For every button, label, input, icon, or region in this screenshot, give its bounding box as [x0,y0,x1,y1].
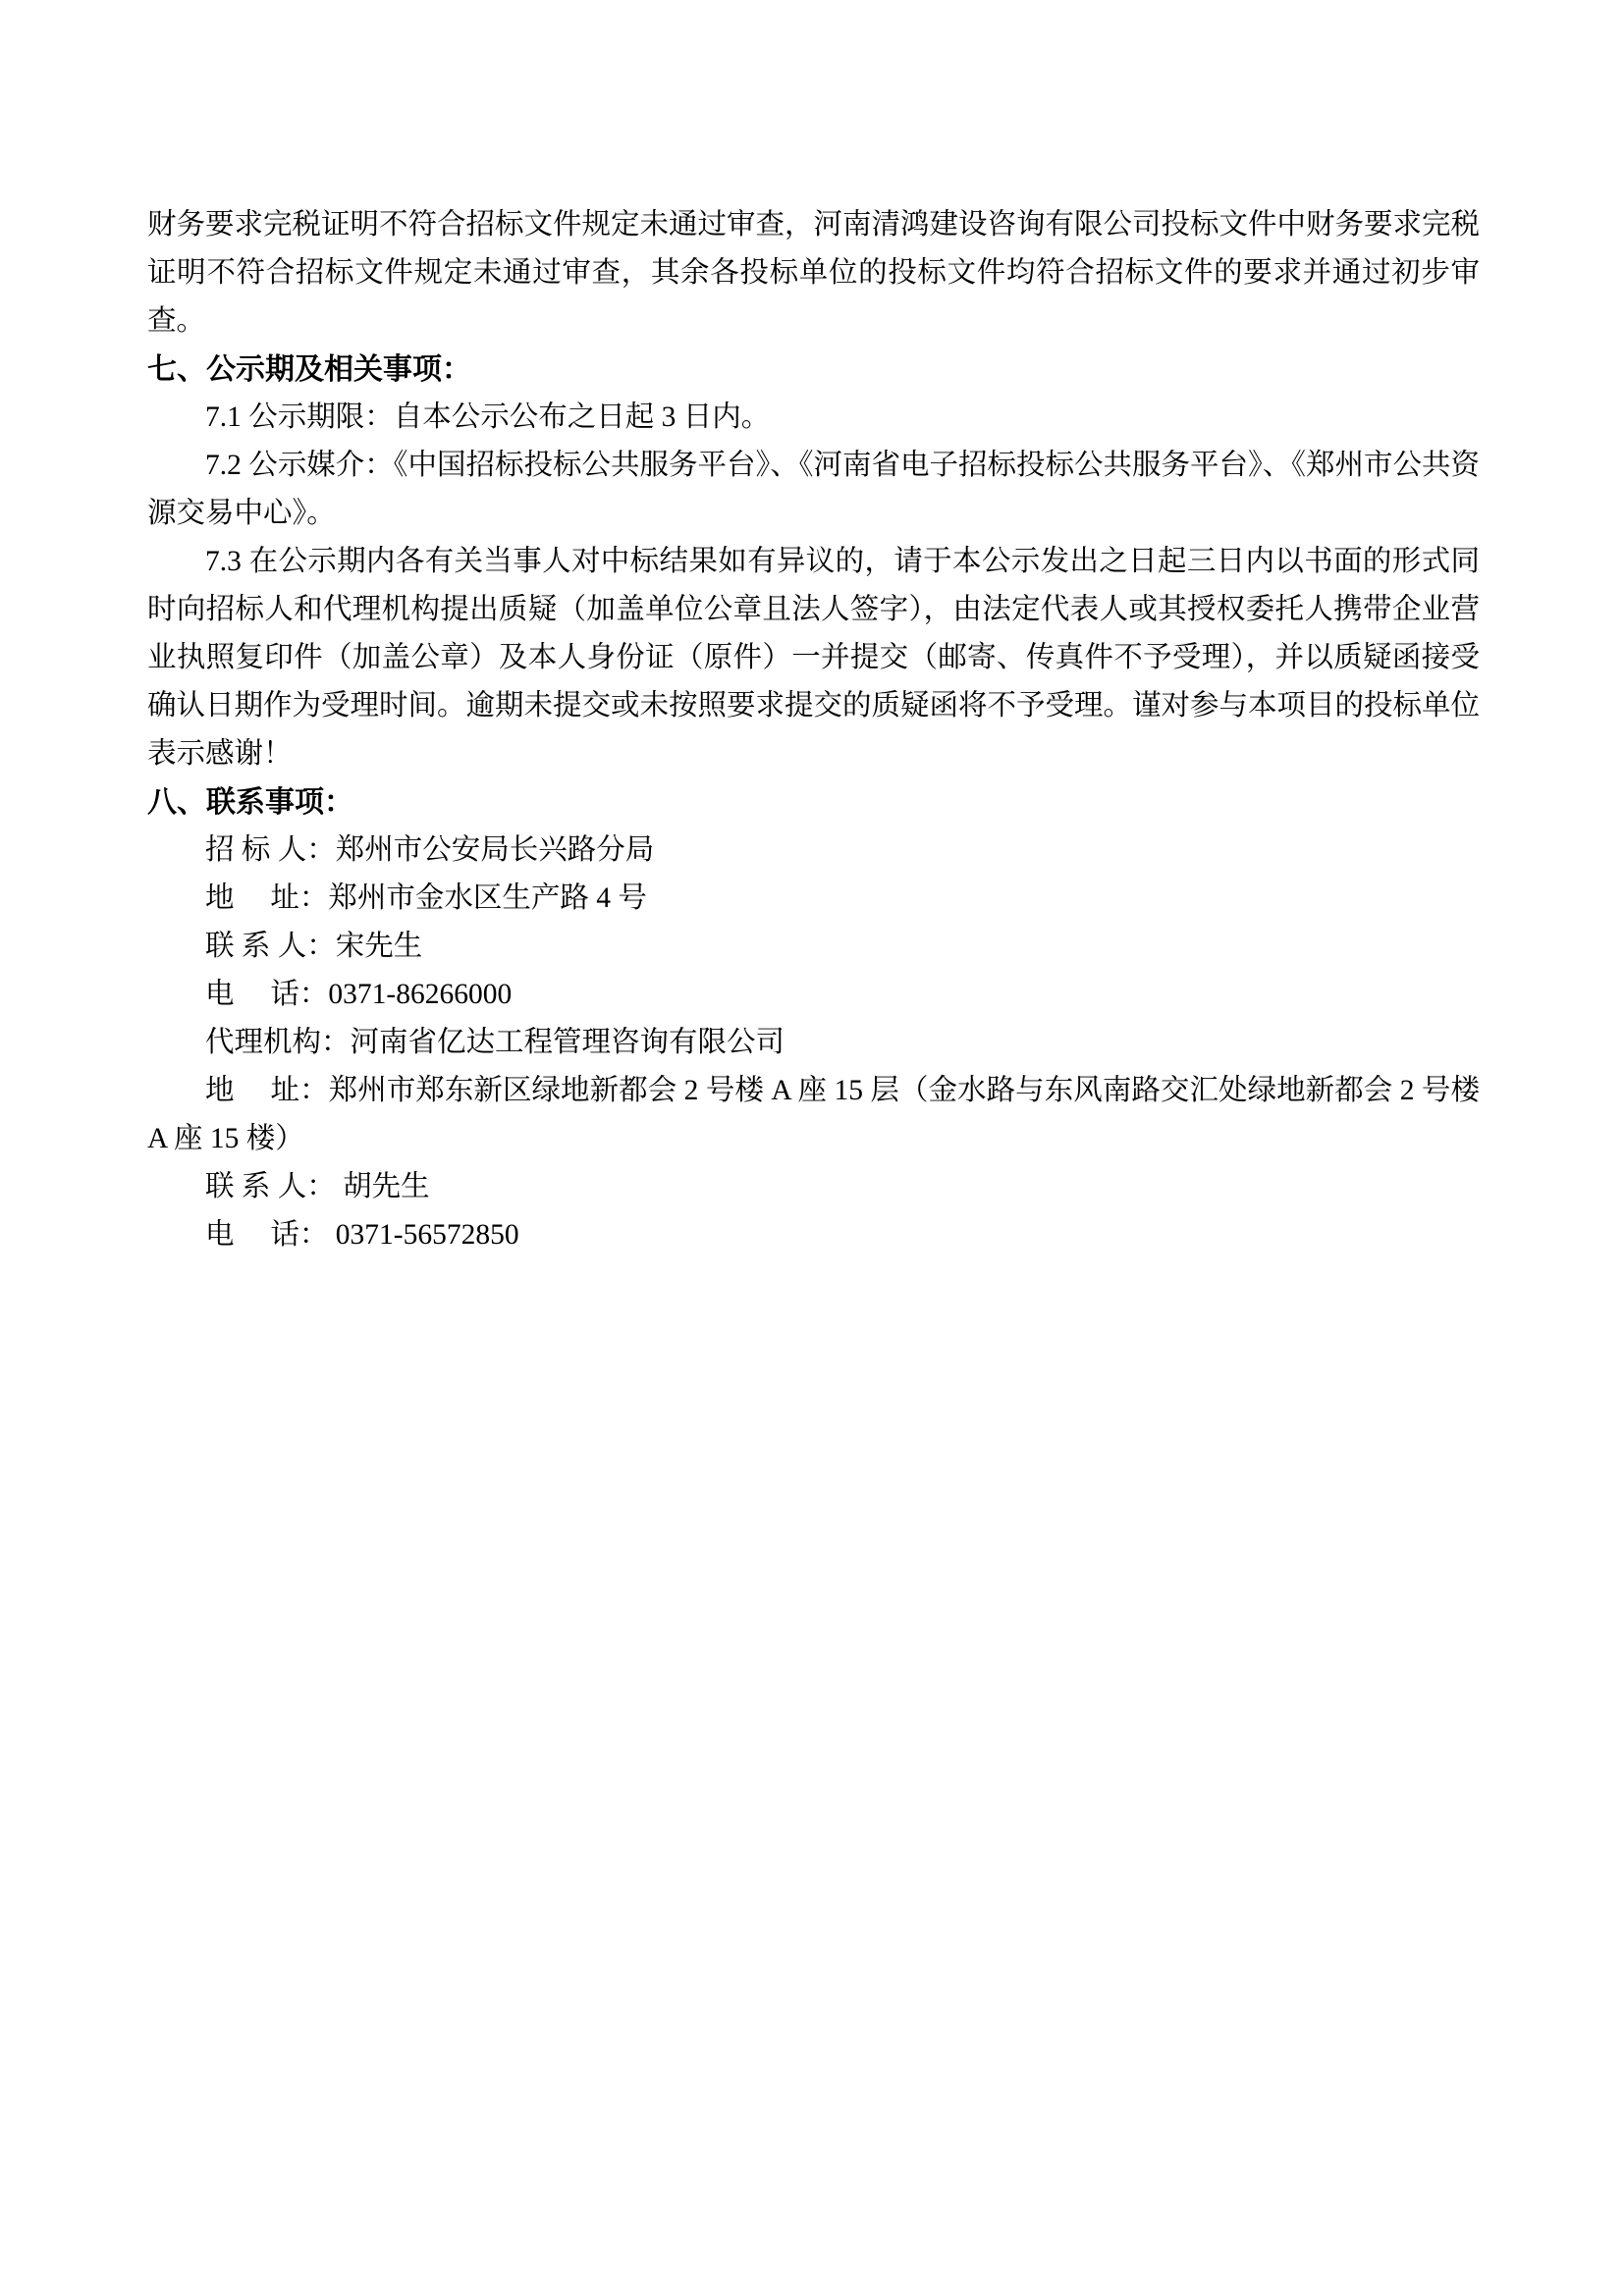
contact-line-tenderer-contact-person: 联 系 人：宋先生 [147,923,1480,971]
paragraph-7-2-publicity-media: 7.2 公示媒介：《中国招标投标公共服务平台》、《河南省电子招标投标公共服务平台… [147,442,1480,538]
contact-line-agency-phone: 电 话： 0371-56572850 [147,1211,1480,1259]
contact-line-tenderer-address: 地 址：郑州市金水区生产路 4 号 [147,875,1480,923]
contact-line-tenderer-name: 招 标 人：郑州市公安局长兴路分局 [147,827,1480,875]
heading-section-7-publicity-period: 七、公示期及相关事项： [147,346,1480,394]
paragraph-financial-review-continuation: 财务要求完税证明不符合招标文件规定未通过审查，河南清鸿建设咨询有限公司投标文件中… [147,201,1480,346]
contact-line-tenderer-phone: 电 话：0371-86266000 [147,971,1480,1019]
paragraph-7-3-objection-procedure: 7.3 在公示期内各有关当事人对中标结果如有异议的，请于本公示发出之日起三日内以… [147,538,1480,778]
heading-section-8-contact-matters: 八、联系事项： [147,778,1480,827]
paragraph-7-1-publicity-duration: 7.1 公示期限：自本公示公布之日起 3 日内。 [147,394,1480,442]
contact-line-agency-address: 地 址：郑州市郑东新区绿地新都会 2 号楼 A 座 15 层（金水路与东风南路交… [147,1067,1480,1163]
document-content: 财务要求完税证明不符合招标文件规定未通过审查，河南清鸿建设咨询有限公司投标文件中… [147,201,1480,1259]
contact-line-agency-name: 代理机构：河南省亿达工程管理咨询有限公司 [147,1019,1480,1067]
document-page: 财务要求完税证明不符合招标文件规定未通过审查，河南清鸿建设咨询有限公司投标文件中… [0,0,1624,2296]
contact-line-agency-contact-person: 联 系 人： 胡先生 [147,1163,1480,1211]
